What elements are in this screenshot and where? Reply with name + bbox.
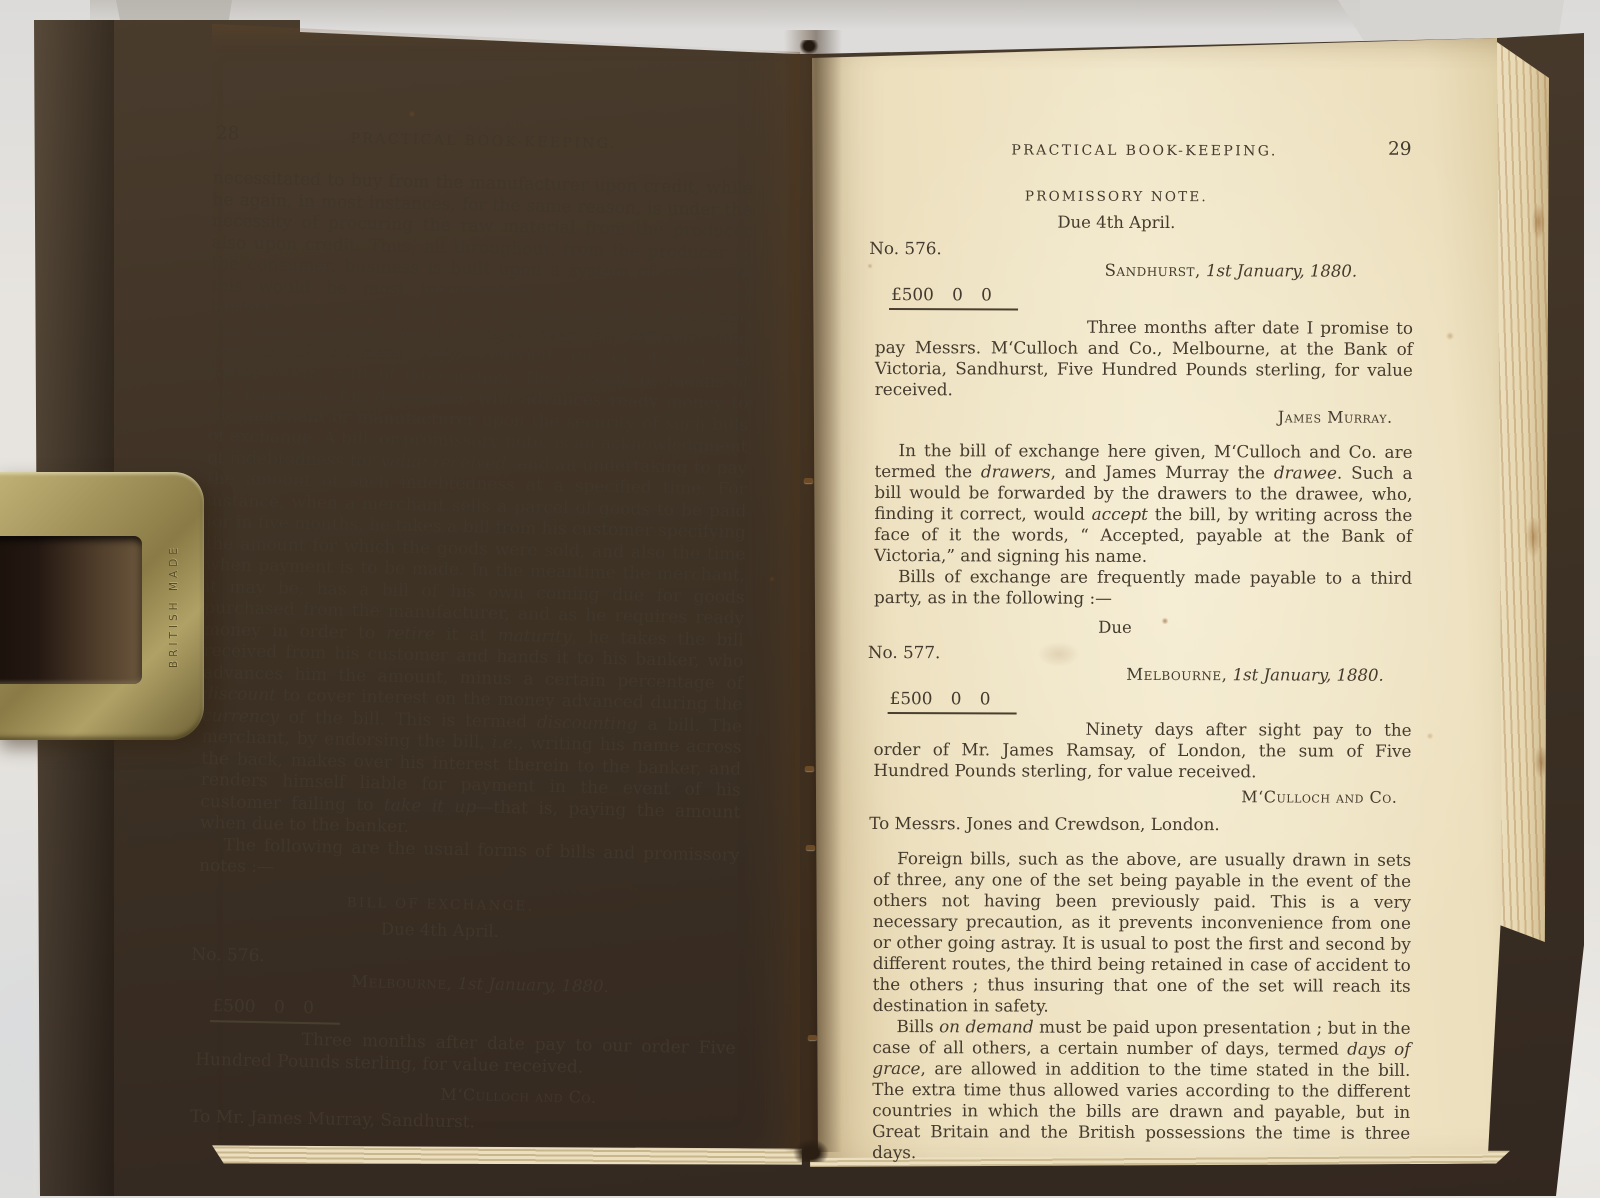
text-segment: accept [1092, 504, 1148, 524]
text-segment: discount [202, 684, 276, 705]
text-segment: drawee [1274, 462, 1337, 482]
text-segment: Melbourne, [1126, 665, 1227, 684]
text-segment: 1st January, 1880. [452, 974, 609, 996]
text-segment: Bills of exchange are frequently made pa… [874, 566, 1412, 608]
book-photograph: 28 PRACTICAL BOOK-KEEPING. necessitated … [0, 0, 1600, 1198]
text-segment: 1st January, 1880. [1201, 261, 1357, 281]
brass-page-clip: BRITISH MADE [0, 472, 204, 740]
promissory-note-amount-row: £500 0 0 [875, 284, 1413, 312]
text-segment: , are allowed in addition to the time st… [872, 1058, 1410, 1162]
binding-stitch [805, 766, 814, 771]
page-28-body-paragraph: necessitated to buy from the manufacture… [200, 168, 753, 845]
second-bill-addressee: To Messrs. Jones and Crewdson, London. [869, 813, 1411, 836]
binding-stitch [804, 478, 813, 483]
text-segment: discounting [537, 712, 638, 734]
brass-clip-engraving: BRITISH MADE [168, 544, 180, 668]
second-bill-amount-row: £500 0 0 [874, 688, 1412, 716]
fore-edge-stack-right [1497, 42, 1549, 942]
text-segment: James Murray. [1278, 407, 1393, 426]
text-segment: Sandhurst, [1105, 261, 1201, 280]
text-segment: it at [435, 624, 498, 645]
text-segment: Three months after date pay to our order… [195, 1030, 736, 1077]
promissory-note-amount: £500 0 0 [889, 284, 1018, 310]
paragraph-drawers: In the bill of exchange here given, M‘Cu… [874, 440, 1412, 568]
page-28-running-head: 28 PRACTICAL BOOK-KEEPING. [214, 126, 754, 159]
text-segment: Foreign bills, such as the above, are us… [873, 848, 1412, 1016]
page-28-number: 28 [216, 123, 240, 145]
gutter-notch-top [796, 40, 822, 60]
page-29-running-head: PRACTICAL BOOK-KEEPING. 29 [876, 140, 1414, 164]
page-28-running-title: PRACTICAL BOOK-KEEPING. [214, 126, 754, 158]
promissory-note-title: PROMISSORY NOTE. [875, 186, 1357, 209]
second-bill-signature: M‘Culloch and Co. [873, 785, 1411, 808]
text-segment: Three months after date I promise to pay… [875, 317, 1413, 400]
text-segment: , and an undertaking to pay the amount o… [204, 453, 748, 643]
paragraph-foreign-bills: Foreign bills, such as the above, are us… [873, 848, 1412, 1018]
text-segment: currency [202, 705, 279, 727]
text-segment: M‘Culloch and Co. [1241, 787, 1397, 807]
promissory-note-place-date: Sandhurst, 1st January, 1880. [875, 259, 1413, 282]
second-bill-number: No. 577. [868, 642, 1412, 665]
text-segment: value received [380, 451, 506, 474]
text-segment: i.e. [492, 733, 519, 754]
text-segment: , and James Murray the [1051, 462, 1274, 483]
brass-clip-opening [0, 536, 142, 684]
text-segment: Bills [897, 1016, 940, 1036]
bill-of-exchange-specimen: BILL OF EXCHANGE. Due 4th April. No. 576… [194, 889, 739, 1138]
paragraph-days-of-grace: Bills on demand must be paid upon presen… [872, 1016, 1411, 1165]
text-segment: maturity [497, 625, 571, 646]
second-bill-due-label: Due [874, 616, 1356, 639]
page-29-number: 29 [1388, 139, 1412, 160]
second-bill-specimen: Due No. 577. Melbourne, 1st January, 188… [873, 616, 1412, 836]
text-segment: Melbourne, [351, 972, 453, 993]
text-segment: Ninety days after sight pay to the order… [873, 719, 1411, 782]
bill-amount-row: £500 0 0 [196, 995, 736, 1032]
bill-signature: M‘Culloch and Co. [194, 1079, 734, 1111]
page-29-running-title: PRACTICAL BOOK-KEEPING. [876, 140, 1414, 163]
text-segment: drawers [981, 461, 1051, 481]
text-segment: necessitated to buy from the manufacture… [207, 168, 753, 471]
promissory-note-number: No. 576. [869, 238, 1413, 261]
promissory-note-body: Three months after date I promise to pay… [875, 316, 1413, 402]
text-segment: retire [386, 623, 435, 644]
binding-stitch [806, 845, 815, 850]
bill-amount: £500 0 0 [210, 996, 340, 1025]
page-28-text-column: 28 PRACTICAL BOOK-KEEPING. necessitated … [194, 24, 756, 1139]
second-bill-place-date: Melbourne, 1st January, 1880. [874, 663, 1412, 686]
text-segment: M‘Culloch and Co. [440, 1085, 596, 1107]
text-segment: on demand [939, 1016, 1034, 1036]
promissory-note-specimen: PROMISSORY NOTE. Due 4th April. No. 576.… [875, 186, 1414, 428]
paragraph-third-party: Bills of exchange are frequently made pa… [874, 566, 1412, 610]
second-bill-amount: £500 0 0 [888, 688, 1017, 714]
bill-body-text: Three months after date pay to our order… [195, 1028, 736, 1082]
text-segment: take it up [384, 795, 477, 817]
promissory-note-signature: James Murray. [875, 405, 1413, 428]
gutter-shadow [784, 30, 842, 1152]
second-bill-body: Ninety days after sight pay to the order… [873, 718, 1411, 783]
binding-stitch [808, 1035, 817, 1040]
text-segment: 1st January, 1880. [1227, 665, 1383, 685]
bill-due-line: Due 4th April. [198, 915, 682, 946]
gutter-notch-bottom [788, 1132, 834, 1162]
promissory-note-due-line: Due 4th April. [875, 211, 1357, 234]
page-29-text-column: PRACTICAL BOOK-KEEPING. 29 PROMISSORY NO… [872, 36, 1414, 1165]
